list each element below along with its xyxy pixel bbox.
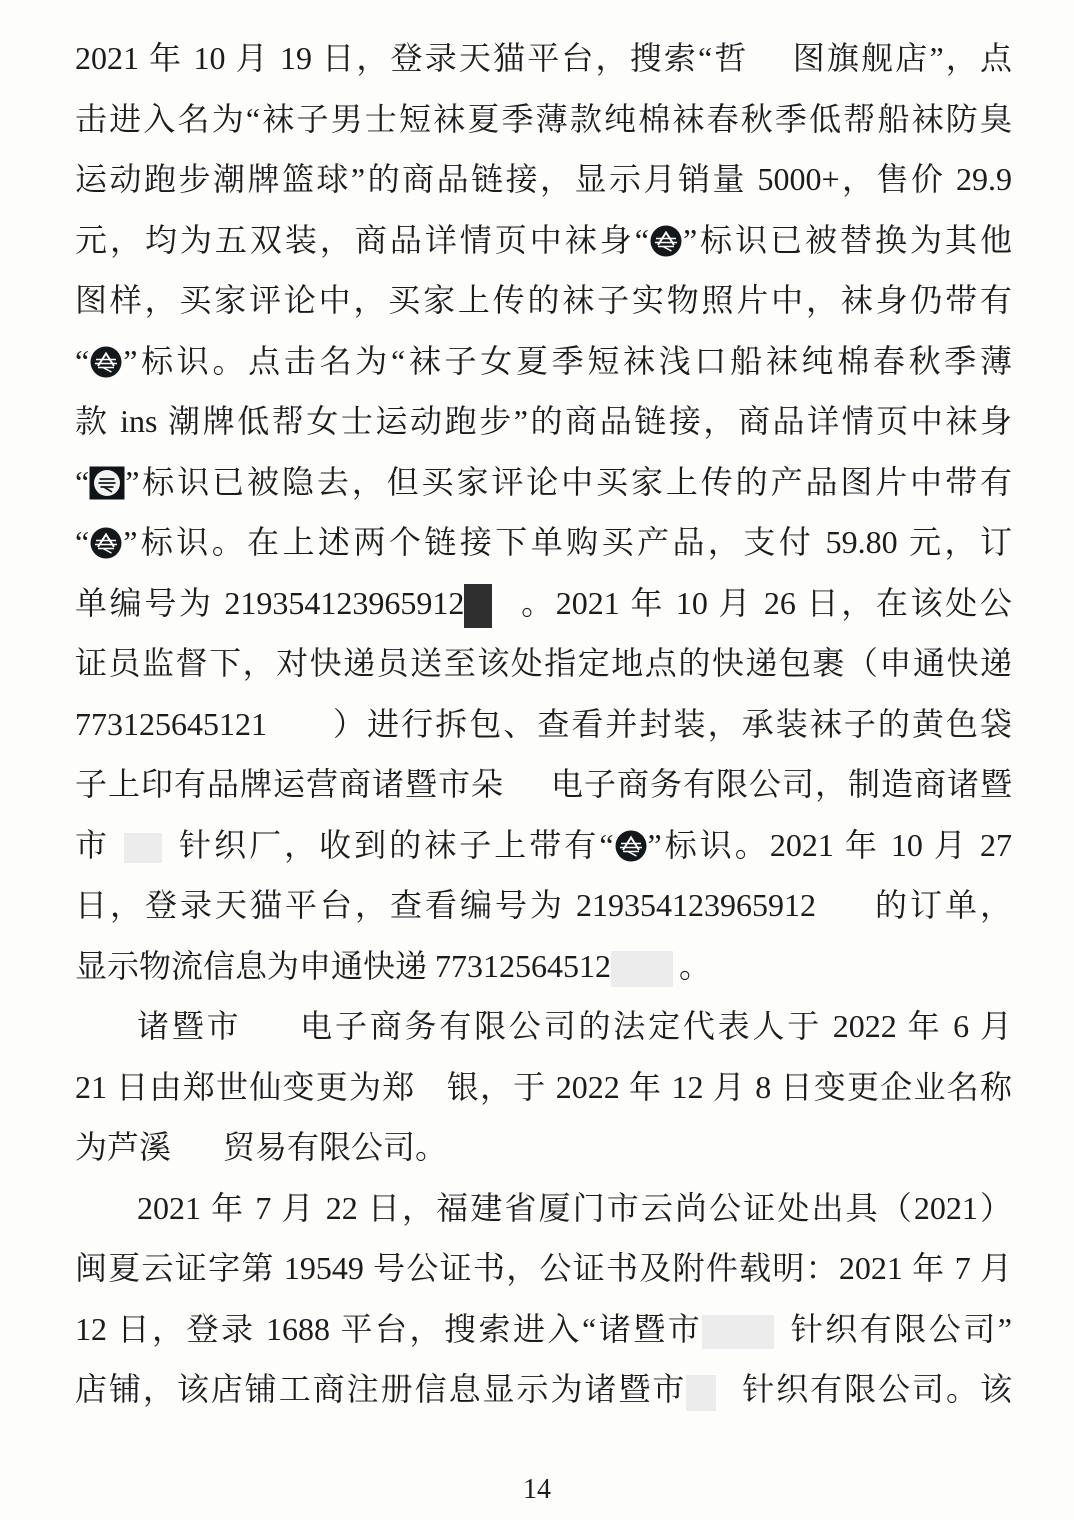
text-run: 21 日由郑世仙变更为郑 <box>75 1069 416 1105</box>
redaction-box <box>124 833 162 863</box>
text-run: 诸暨市 <box>137 1008 241 1044</box>
page: 2021 年 10 月 19 日，登录天猫平台，搜索“哲图旗舰店”，点击进入名为… <box>0 0 1074 1520</box>
text-run: 银，于 2022 年 12 月 8 日变更企业名称 <box>446 1069 1012 1105</box>
redaction-gap <box>716 1399 740 1400</box>
redaction-gap <box>267 734 331 735</box>
text-run: ”标识。点击名为“袜子女夏季短袜浅口船袜纯棉春秋季薄 <box>123 343 1012 379</box>
text-run: 针织有限公司。该 <box>740 1371 1012 1407</box>
redaction-gap <box>504 794 550 795</box>
text-run: 款 ins 潮牌低帮女士运动跑步”的商品链接，商品详情页中袜身 <box>75 403 1012 439</box>
redaction-box <box>464 584 492 628</box>
text-line: 显示物流信息为申通快递 77312564512。 <box>75 936 1012 997</box>
text-run: 市 <box>75 827 110 863</box>
brand-logo-circle-icon <box>614 829 648 863</box>
text-line: “ ”标识已被隐去，但买家评论中买家上传的产品图片中带有 <box>75 452 1012 513</box>
text-run: 。 <box>679 948 711 984</box>
text-line: 21 日由郑世仙变更为郑银，于 2022 年 12 月 8 日变更企业名称 <box>75 1057 1012 1118</box>
text-run: ”标识已被替换为其他 <box>683 222 1012 258</box>
text-run: 针织厂，收到的袜子上带有“ <box>176 827 614 863</box>
text-line: 图样，买家评论中，买家上传的袜子实物照片中，袜身仍带有 <box>75 270 1012 331</box>
text-line: “ ”标识。在上述两个链接下单购买产品，支付 59.80 元，订 <box>75 512 1012 573</box>
text-line: 12 日，登录 1688 平台，搜索进入“诸暨市针织有限公司” <box>75 1299 1012 1360</box>
redaction-gap <box>171 1157 223 1158</box>
text-line: 单编号为 219354123965912。2021 年 10 月 26 日，在该… <box>75 573 1012 634</box>
redaction-gap <box>492 613 518 614</box>
text-run: 电子商务有限公司，制造商诸暨 <box>550 766 1012 802</box>
text-line: 为芦溪贸易有限公司。 <box>75 1117 1012 1178</box>
redaction-box <box>702 1315 774 1349</box>
text-line: 诸暨市电子商务有限公司的法定代表人于 2022 年 6 月 <box>75 996 1012 1057</box>
text-run: 12 日，登录 1688 平台，搜索进入“诸暨市 <box>75 1311 702 1347</box>
text-run: 电子商务有限公司的法定代表人于 2022 年 6 月 <box>297 1008 1012 1044</box>
text-run: 运动跑步潮牌篮球”的商品链接，显示月销量 5000+，售价 29.9 <box>75 161 1012 197</box>
text-run: 2021 年 10 月 19 日，登录天猫平台，搜索“哲 <box>75 40 749 76</box>
text-run: 的订单， <box>872 887 1012 923</box>
text-line: 市针织厂，收到的袜子上带有“ ”标识。2021 年 10 月 27 <box>75 815 1012 876</box>
text-run: 证员监督下，对快递员送至该处指定地点的快递包裹（申通快递 <box>75 645 1012 681</box>
redaction-box <box>686 1375 716 1411</box>
text-run: 显示物流信息为申通快递 77312564512 <box>75 948 611 984</box>
text-run: 贸易有限公司。 <box>223 1129 447 1165</box>
document-body: 2021 年 10 月 19 日，登录天猫平台，搜索“哲图旗舰店”，点击进入名为… <box>75 28 1012 1420</box>
text-line: 闽夏云证字第 19549 号公证书，公证书及附件载明：2021 年 7 月 <box>75 1238 1012 1299</box>
redaction-gap <box>774 1339 788 1340</box>
text-line: 运动跑步潮牌篮球”的商品链接，显示月销量 5000+，售价 29.9 <box>75 149 1012 210</box>
text-line: 2021 年 10 月 19 日，登录天猫平台，搜索“哲图旗舰店”，点 <box>75 28 1012 89</box>
text-run: 店铺，该店铺工商注册信息显示为诸暨市 <box>75 1371 686 1407</box>
page-number: 14 <box>0 1474 1074 1506</box>
text-run: 击进入名为“袜子男士短袜夏季薄款纯棉袜春秋季低帮船袜防臭 <box>75 101 1012 137</box>
text-run: 子上印有品牌运营商诸暨市朵 <box>75 766 504 802</box>
text-run: 单编号为 219354123965912 <box>75 585 464 621</box>
text-run: 针织有限公司” <box>788 1311 1012 1347</box>
text-line: 日，登录天猫平台，查看编号为 219354123965912的订单， <box>75 875 1012 936</box>
text-run: “ <box>75 343 89 379</box>
text-run: 图样，买家评论中，买家上传的袜子实物照片中，袜身仍带有 <box>75 282 1012 318</box>
text-run: ”标识。在上述两个链接下单购买产品，支付 59.80 元，订 <box>123 524 1012 560</box>
text-run: ”标识已被隐去，但买家评论中买家上传的产品图片中带有 <box>125 464 1012 500</box>
redaction-gap <box>162 855 176 856</box>
text-line: 元，均为五双装，商品详情页中袜身“ ”标识已被替换为其他 <box>75 210 1012 271</box>
redaction-gap <box>816 915 872 916</box>
text-line: 子上印有品牌运营商诸暨市朵电子商务有限公司，制造商诸暨 <box>75 754 1012 815</box>
text-run: “ <box>75 464 89 500</box>
text-run: 闽夏云证字第 19549 号公证书，公证书及附件载明：2021 年 7 月 <box>75 1250 1012 1286</box>
text-run: “ <box>75 524 89 560</box>
text-line: 证员监督下，对快递员送至该处指定地点的快递包裹（申通快递 <box>75 633 1012 694</box>
brand-logo-square-icon <box>89 466 125 500</box>
redaction-gap <box>416 1097 446 1098</box>
text-run: 773125645121 <box>75 706 267 742</box>
text-line: 2021 年 7 月 22 日，福建省厦门市云尚公证处出具（2021） <box>75 1178 1012 1239</box>
text-line: 击进入名为“袜子男士短袜夏季薄款纯棉袜春秋季低帮船袜防臭 <box>75 89 1012 150</box>
redaction-gap <box>241 1036 297 1037</box>
text-run: ）进行拆包、查看并封装，承装袜子的黄色袋 <box>331 706 1012 742</box>
brand-logo-circle-icon <box>89 526 123 560</box>
text-run: 元，均为五双装，商品详情页中袜身“ <box>75 222 649 258</box>
redaction-gap <box>749 68 791 69</box>
text-line: “ ”标识。点击名为“袜子女夏季短袜浅口船袜纯棉春秋季薄 <box>75 331 1012 392</box>
text-run: 为芦溪 <box>75 1129 171 1165</box>
redaction-gap <box>110 855 124 856</box>
redaction-box <box>611 951 673 987</box>
text-run: ”标识。2021 年 10 月 27 <box>648 827 1012 863</box>
brand-logo-circle-icon <box>649 224 683 258</box>
text-run: 图旗舰店”，点 <box>791 40 1012 76</box>
brand-logo-circle-icon <box>89 345 123 379</box>
text-line: 款 ins 潮牌低帮女士运动跑步”的商品链接，商品详情页中袜身 <box>75 391 1012 452</box>
text-line: 773125645121）进行拆包、查看并封装，承装袜子的黄色袋 <box>75 694 1012 755</box>
text-run: 2021 年 7 月 22 日，福建省厦门市云尚公证处出具（2021） <box>137 1190 1012 1226</box>
text-line: 店铺，该店铺工商注册信息显示为诸暨市针织有限公司。该 <box>75 1359 1012 1420</box>
text-run: 日，登录天猫平台，查看编号为 219354123965912 <box>75 887 816 923</box>
text-run: 。2021 年 10 月 26 日，在该处公 <box>518 585 1012 621</box>
